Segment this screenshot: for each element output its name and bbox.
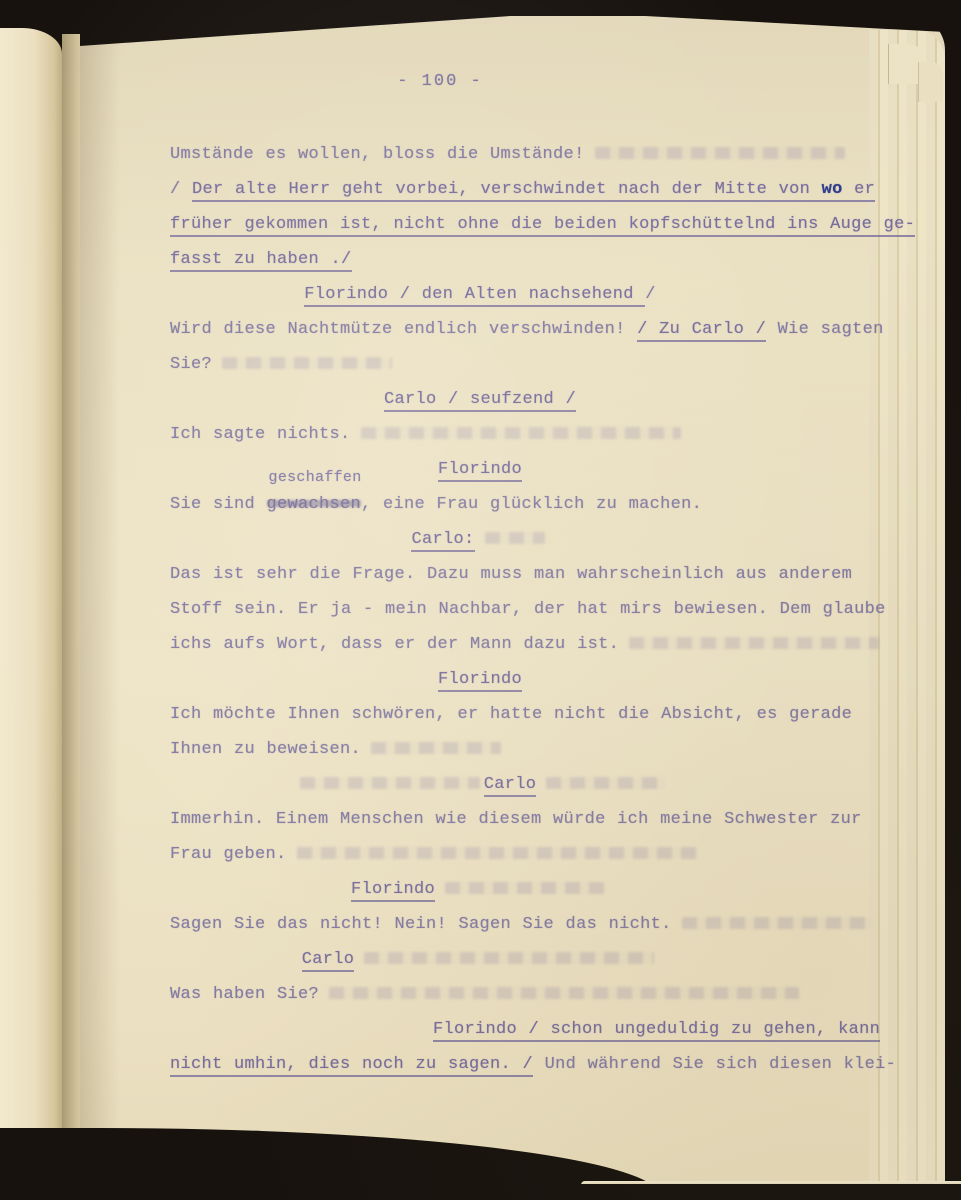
underlined-typed-text: nicht umhin, dies noch zu sagen. / (170, 1055, 533, 1077)
underlined-typed-text: er (843, 180, 876, 202)
bleedthrough-text-smudge (297, 847, 697, 859)
typed-line: Carlo / seufzend / (170, 382, 790, 417)
facing-page-edge (0, 28, 62, 1200)
typed-line: Sagen Sie das nicht! Nein! Sagen Sie das… (170, 907, 894, 942)
book-scan: - 100 - Umstände es wollen, bloss die Um… (0, 0, 961, 1200)
overstruck-word: gewachsengeschaffen (267, 487, 362, 522)
typed-line: Immerhin. Einem Menschen wie diesem würd… (170, 802, 894, 837)
typed-text: Immerhin. Einem Menschen wie diesem würd… (170, 810, 862, 829)
underlined-typed-text: Florindo / den Alten nachsehend (304, 285, 645, 307)
typed-line: Was haben Sie? (170, 977, 894, 1012)
underlined-typed-text: fasst zu haben ./ (170, 250, 352, 272)
underlined-typed-text: Carlo (302, 950, 355, 972)
typed-line: Florindo (170, 662, 790, 697)
typed-text: Ich möchte Ihnen schwören, er hatte nich… (170, 705, 852, 724)
typed-text: Frau geben. (170, 845, 287, 864)
typed-line: Sie? (170, 347, 894, 382)
typed-line: Ich möchte Ihnen schwören, er hatte nich… (170, 697, 894, 732)
typed-text: ichs aufs Wort, dass er der Mann dazu is… (170, 635, 619, 654)
typed-line: früher gekommen ist, nicht ohne die beid… (170, 207, 894, 242)
typed-line: Das ist sehr die Frage. Dazu muss man wa… (170, 557, 894, 592)
typed-line: Sie sind gewachsengeschaffen, eine Frau … (170, 487, 894, 522)
bleedthrough-text-smudge (485, 532, 545, 544)
bleedthrough-text-smudge (629, 637, 879, 649)
typed-line: Florindo / den Alten nachsehend / (170, 277, 790, 312)
typed-text: Was haben Sie? (170, 985, 319, 1004)
typed-text: Und während Sie sich diesen klei- (533, 1055, 896, 1074)
typed-line: Ihnen zu beweisen. (170, 732, 894, 767)
interline-insertion-text: geschaffen (269, 470, 362, 485)
typed-text: Sie? (170, 355, 212, 374)
typed-text: gewachsen (267, 495, 362, 514)
typed-text: / (645, 285, 656, 304)
typed-line: Carlo: (170, 522, 790, 557)
typed-line: nicht umhin, dies noch zu sagen. / Und w… (170, 1047, 894, 1082)
typed-text: Ihnen zu beweisen. (170, 740, 361, 759)
scan-background-bottom-right (541, 1184, 961, 1200)
underlined-typed-text: Florindo (351, 880, 435, 902)
underlined-typed-text: Florindo (438, 460, 522, 482)
page-number: - 100 - (170, 72, 710, 91)
bleedthrough-text-smudge (445, 882, 605, 894)
page-inner-shadow (80, 16, 120, 1200)
typed-text: / (170, 180, 192, 199)
typed-text: Ich sagte nichts. (170, 425, 351, 444)
typed-line: Umstände es wollen, bloss die Umstände! (170, 137, 894, 172)
typed-line: Florindo (170, 872, 790, 907)
bleedthrough-text-smudge (222, 357, 392, 369)
typed-line: Frau geben. (170, 837, 894, 872)
page-stack-step (919, 62, 943, 102)
bleedthrough-text-smudge (546, 777, 666, 789)
bleedthrough-text-smudge (682, 917, 872, 929)
typed-text: Das ist sehr die Frage. Dazu muss man wa… (170, 565, 852, 584)
typed-line: ichs aufs Wort, dass er der Mann dazu is… (170, 627, 894, 662)
typed-text: Wird diese Nachtmütze endlich verschwind… (170, 320, 637, 339)
typed-text: Stoff sein. Er ja - mein Nachbar, der ha… (170, 600, 886, 619)
typed-text-block: Umstände es wollen, bloss die Umstände!/… (170, 137, 894, 1082)
typed-line: Carlo (170, 767, 790, 802)
underlined-typed-text: früher gekommen ist, nicht ohne die beid… (170, 215, 915, 237)
typed-line: / Der alte Herr geht vorbei, verschwinde… (170, 172, 894, 207)
typed-line: Florindo / schon ungeduldig zu gehen, ka… (170, 1012, 894, 1047)
bleedthrough-text-smudge (364, 952, 654, 964)
bleedthrough-text-smudge (361, 427, 681, 439)
underlined-typed-text: wo (822, 180, 843, 202)
bleedthrough-text-smudge (300, 777, 480, 789)
typed-line: Carlo (170, 942, 790, 977)
underlined-typed-text: / Zu Carlo / (637, 320, 766, 342)
typed-text: Umstände es wollen, bloss die Umstände! (170, 145, 585, 164)
typed-line: Wird diese Nachtmütze endlich verschwind… (170, 312, 894, 347)
underlined-typed-text: Carlo: (411, 530, 474, 552)
typed-line: Ich sagte nichts. (170, 417, 894, 452)
typed-text: Sagen Sie das nicht! Nein! Sagen Sie das… (170, 915, 672, 934)
page-stack-step (889, 44, 923, 84)
typed-line: Stoff sein. Er ja - mein Nachbar, der ha… (170, 592, 894, 627)
underlined-typed-text: Florindo (438, 670, 522, 692)
underlined-typed-text: Florindo / schon ungeduldig zu gehen, ka… (433, 1020, 880, 1042)
underlined-typed-text: Carlo (484, 775, 537, 797)
bleedthrough-text-smudge (595, 147, 845, 159)
typed-text: Wie sagten (766, 320, 884, 339)
bleedthrough-text-smudge (329, 987, 799, 999)
typed-line: fasst zu haben ./ (170, 242, 894, 277)
typed-line: Florindo (170, 452, 790, 487)
typed-text: Sie sind (170, 495, 267, 514)
underlined-typed-text: Carlo / seufzend / (384, 390, 576, 412)
underlined-typed-text: Der alte Herr geht vorbei, verschwindet … (192, 180, 822, 202)
bleedthrough-text-smudge (371, 742, 501, 754)
typed-text: , eine Frau glücklich zu machen. (361, 495, 702, 514)
